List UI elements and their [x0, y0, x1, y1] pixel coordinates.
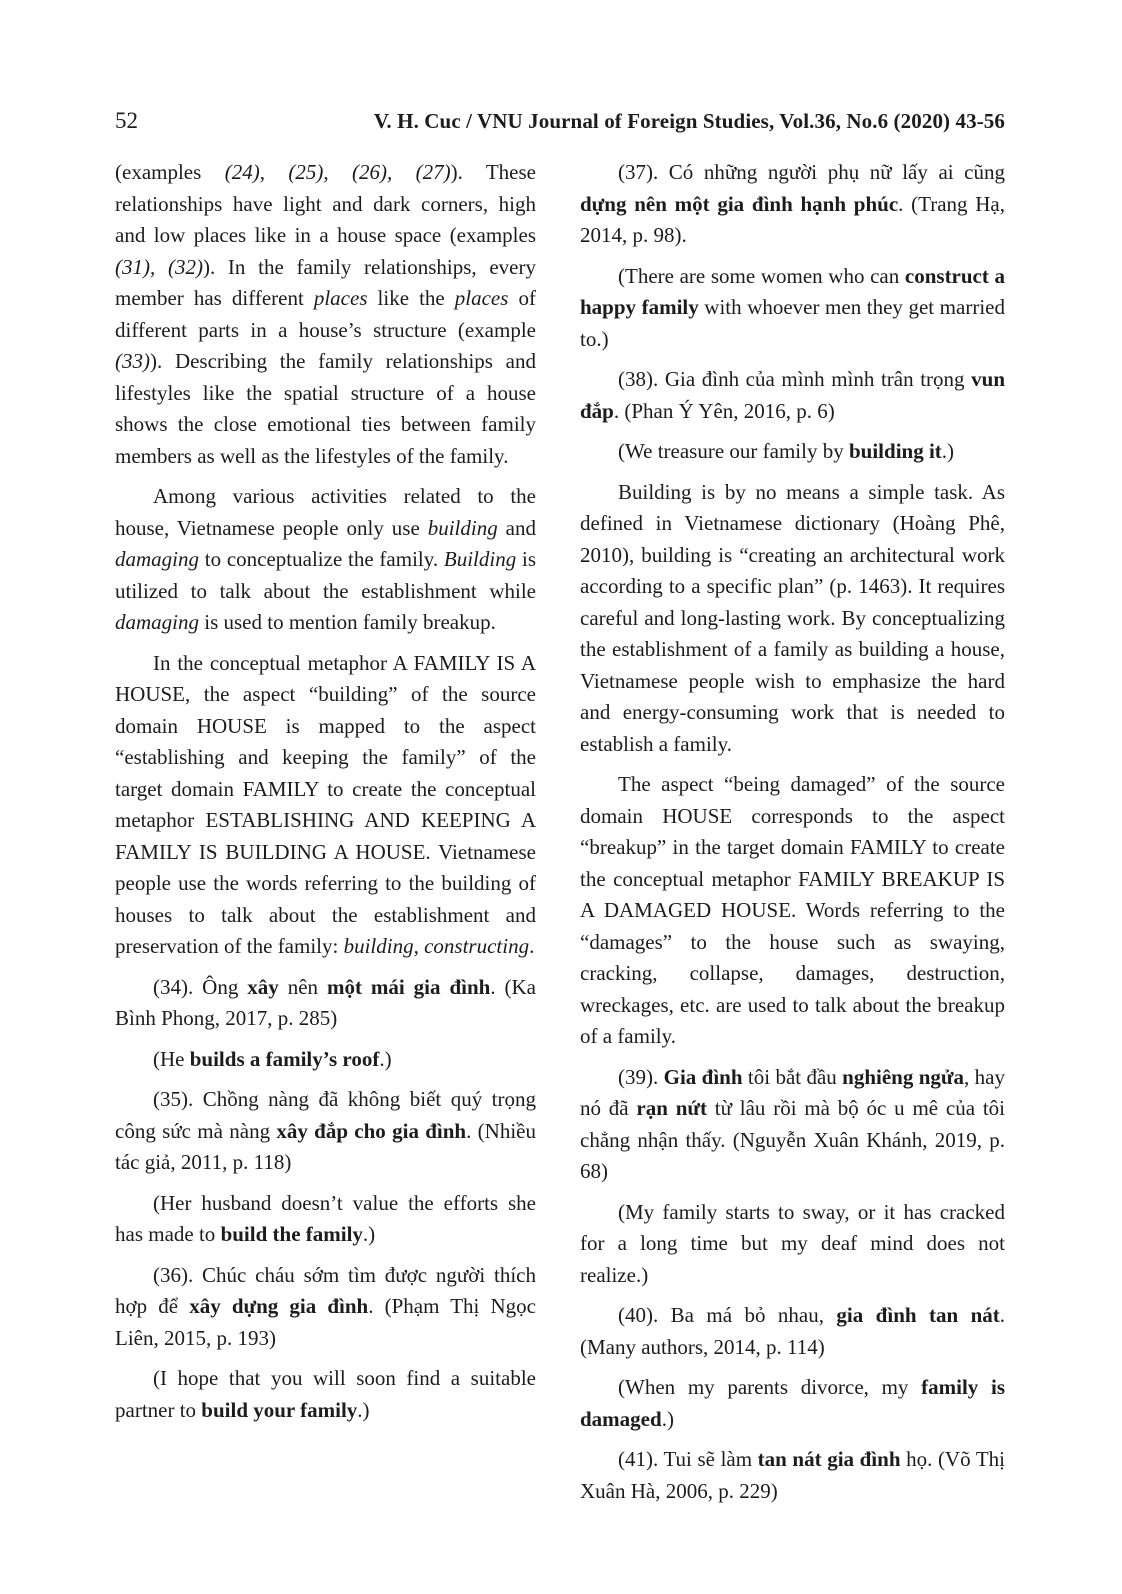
text-run: places [455, 286, 509, 310]
right-column: (37). Có những người phụ nữ lấy ai cũng … [580, 157, 1005, 1516]
running-head: V. H. Cuc / VNU Journal of Foreign Studi… [374, 109, 1005, 134]
text-run: nên [279, 975, 327, 999]
paragraph: (Her husband doesn’t value the efforts s… [115, 1188, 536, 1251]
text-run: xây [247, 975, 279, 999]
paragraph: (40). Ba má bỏ nhau, gia đình tan nát. (… [580, 1300, 1005, 1363]
text-run: (39). [618, 1065, 664, 1089]
paragraph: (My family starts to sway, or it has cra… [580, 1197, 1005, 1292]
paragraph: (41). Tui sẽ làm tan nát gia đình họ. (V… [580, 1444, 1005, 1507]
paragraph: (37). Có những người phụ nữ lấy ai cũng … [580, 157, 1005, 252]
text-run: Building is by no means a simple task. A… [580, 480, 1005, 756]
text-run: . [529, 934, 534, 958]
text-run: (40). Ba má bỏ nhau, [618, 1303, 836, 1327]
text-run: một mái gia đình [327, 975, 490, 999]
journal-page: 52 V. H. Cuc / VNU Journal of Foreign St… [0, 0, 1122, 1594]
text-run: places [314, 286, 368, 310]
paragraph: (We treasure our family by building it.) [580, 436, 1005, 468]
text-run: . (Phan Ý Yên, 2016, p. 6) [614, 399, 835, 423]
paragraph: (examples (24), (25), (26), (27)). These… [115, 157, 536, 472]
page-header: 52 V. H. Cuc / VNU Journal of Foreign St… [115, 108, 1005, 134]
left-column: (examples (24), (25), (26), (27)). These… [115, 157, 536, 1516]
text-run: nghiêng ngửa [842, 1065, 964, 1089]
text-run: tôi bắt đầu [743, 1065, 843, 1089]
text-run: .) [357, 1398, 369, 1422]
text-run: build your family [201, 1398, 357, 1422]
text-run: building, constructing [344, 934, 530, 958]
paragraph: Building is by no means a simple task. A… [580, 477, 1005, 761]
text-run: The aspect “being damaged” of the source… [580, 772, 1005, 1048]
text-run: .) [662, 1407, 674, 1431]
paragraph: (When my parents divorce, my family is d… [580, 1372, 1005, 1435]
text-run: (41). Tui sẽ làm [618, 1447, 758, 1471]
paragraph: (35). Chồng nàng đã không biết quý trọng… [115, 1084, 536, 1179]
text-run: (31), (32) [115, 255, 203, 279]
paragraph: (38). Gia đình của mình mình trân trọng … [580, 364, 1005, 427]
text-run: .) [363, 1222, 375, 1246]
text-run: (24), (25), (26), (27) [225, 160, 451, 184]
text-run: is used to mention family breakup. [199, 610, 496, 634]
paragraph: (36). Chúc cháu sớm tìm được người thích… [115, 1260, 536, 1355]
text-run: (My family starts to sway, or it has cra… [580, 1200, 1005, 1287]
text-run: (examples [115, 160, 225, 184]
text-run: .) [379, 1047, 391, 1071]
text-run: (38). Gia đình của mình mình trân trọng [618, 367, 971, 391]
text-run: (We treasure our family by [618, 439, 849, 463]
text-run: .) [942, 439, 954, 463]
text-run: (There are some women who can [618, 264, 905, 288]
paragraph: The aspect “being damaged” of the source… [580, 769, 1005, 1053]
paragraph: In the conceptual metaphor A FAMILY IS A… [115, 648, 536, 963]
text-run: dựng nên một gia đình hạnh phúc [580, 192, 898, 216]
text-run: (When my parents divorce, my [618, 1375, 921, 1399]
paragraph: (34). Ông xây nên một mái gia đình. (Ka … [115, 972, 536, 1035]
text-run: to conceptualize the family. [199, 547, 444, 571]
text-run: build the family [221, 1222, 363, 1246]
text-run: and [498, 516, 536, 540]
text-run: In the conceptual metaphor A FAMILY IS A… [115, 651, 536, 959]
text-run: xây đắp cho gia đình [276, 1119, 466, 1143]
text-run: building [428, 516, 498, 540]
text-run: tan nát gia đình [758, 1447, 901, 1471]
text-run: (34). Ông [153, 975, 247, 999]
text-run: gia đình tan nát [836, 1303, 999, 1327]
paragraph: (I hope that you will soon find a suitab… [115, 1363, 536, 1426]
text-run: (33) [115, 349, 150, 373]
text-run: Building [444, 547, 516, 571]
text-run: building it [849, 439, 942, 463]
text-run: xây dựng gia đình [189, 1294, 368, 1318]
paragraph: (He builds a family’s roof.) [115, 1044, 536, 1076]
text-run: like the [368, 286, 455, 310]
paragraph: (39). Gia đình tôi bắt đầu nghiêng ngửa,… [580, 1062, 1005, 1188]
text-run: (37). Có những người phụ nữ lấy ai cũng [618, 160, 1005, 184]
paragraph: (There are some women who can construct … [580, 261, 1005, 356]
text-run: ). Describing the family relationships a… [115, 349, 536, 468]
paragraph: Among various activities related to the … [115, 481, 536, 639]
page-number: 52 [115, 108, 138, 134]
text-run: damaging [115, 547, 199, 571]
text-run: damaging [115, 610, 199, 634]
text-run: builds a family’s roof [190, 1047, 380, 1071]
article-body: (examples (24), (25), (26), (27)). These… [115, 157, 1005, 1516]
text-run: Gia đình [664, 1065, 743, 1089]
text-run: (He [153, 1047, 190, 1071]
text-run: rạn nứt [636, 1096, 707, 1120]
